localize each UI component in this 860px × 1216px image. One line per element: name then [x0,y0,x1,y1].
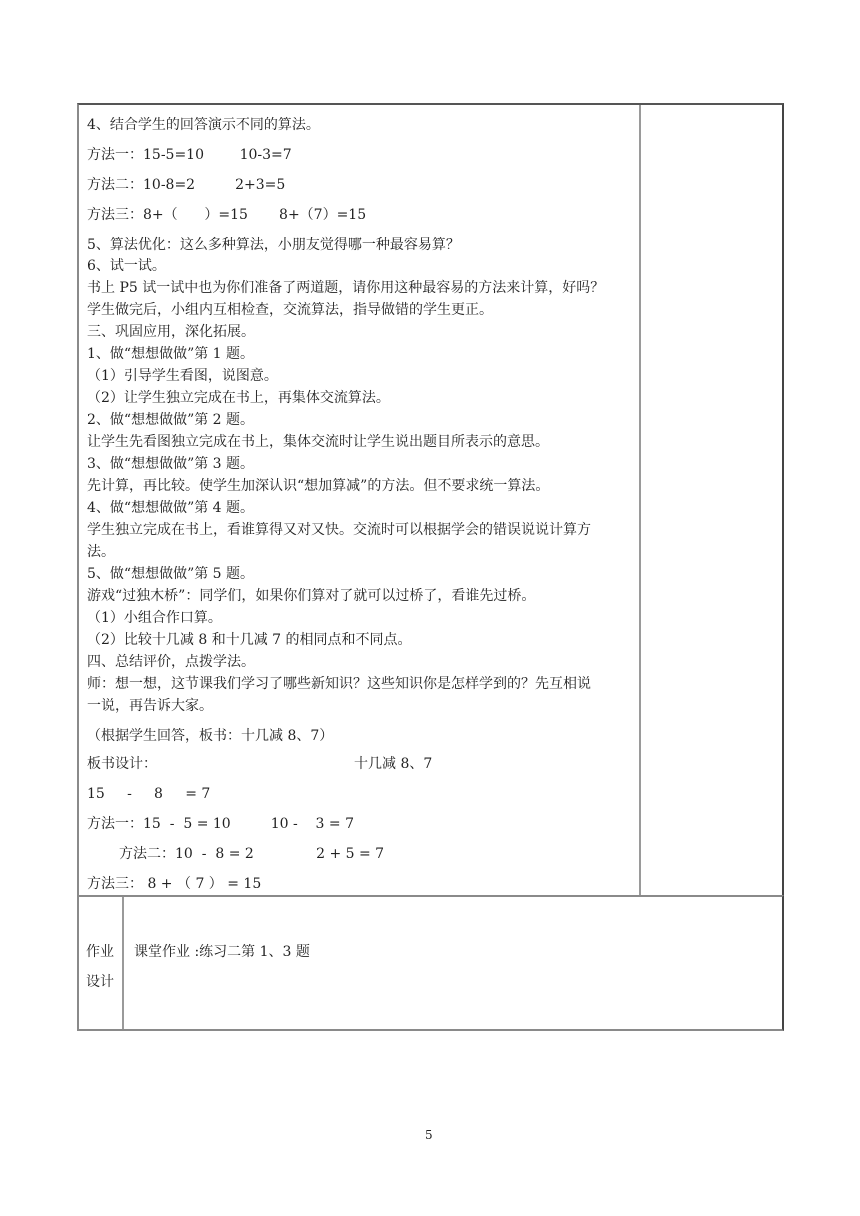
homework-label-cell: 作业 设计 [79,897,124,1029]
lesson-content-row: 板书设计： 十几减 8、7 15 - 8 = 7 方法一：15 - 5 = 10… [77,103,784,895]
lesson-text-line: 四、总结评价，点拨学法。 [87,654,255,670]
homework-label-line2: 设计 [86,974,114,990]
document-page: 板书设计： 十几减 8、7 15 - 8 = 7 方法一：15 - 5 = 10… [0,0,860,1216]
homework-label-line1: 作业 [86,944,114,960]
lesson-text-line: 3、做“想想做做”第 3 题。 [87,456,254,472]
lesson-text-line: （2）让学生独立完成在书上，再集体交流算法。 [87,390,390,406]
lesson-content-cell: 板书设计： 十几减 8、7 15 - 8 = 7 方法一：15 - 5 = 10… [79,105,641,895]
notes-cell [641,105,782,895]
homework-content: 课堂作业 :练习二第 1、3 题 [134,944,310,960]
board-method-2: 方法二：10 - 8 = 2 2 + 5 = 7 [119,846,384,862]
lesson-text-line: （1）小组合作口算。 [87,610,222,626]
board-method-3: 方法三： 8 + （ 7 ） = 15 [87,876,261,892]
lesson-text-line: 让学生先看图独立完成在书上，集体交流时让学生说出题目所表示的意思。 [87,434,549,450]
lesson-text-line: 先计算，再比较。使学生加深认识“想加算减”的方法。但不要求统一算法。 [87,478,549,494]
lesson-text-line: 2、做“想想做做”第 2 题。 [87,412,254,428]
lesson-text-line: 游戏“过独木桥”：同学们，如果你们算对了就可以过桥了，看谁先过桥。 [87,588,535,604]
lesson-text-line: 书上 P5 试一试中也为你们准备了两道题，请你用这种最容易的方法来计算，好吗？ [87,280,604,296]
board-design-title: 十几减 8、7 [354,756,432,772]
lesson-text-line: 一说，再告诉大家。 [87,698,213,714]
lesson-text-line: 学生做完后，小组内互相检查，交流算法，指导做错的学生更正。 [87,302,493,318]
lesson-text-line: 方法三：8+（ ）=15 8+（7）=15 [87,207,366,223]
lesson-text-line: （2）比较十几减 8 和十几减 7 的相同点和不同点。 [87,632,412,648]
page-number: 5 [425,1128,433,1142]
lesson-text-line: 法。 [87,544,115,560]
lesson-text-line: （根据学生回答，板书：十几减 8、7） [87,728,333,744]
lesson-text-line: 5、做“想想做做”第 5 题。 [87,566,254,582]
lesson-text-line: 4、结合学生的回答演示不同的算法。 [87,117,320,133]
board-equation: 15 - 8 = 7 [87,786,210,802]
lesson-text-line: 5、算法优化：这么多种算法，小朋友觉得哪一种最容易算？ [87,237,460,253]
lesson-text-line: 6、试一试。 [87,258,166,274]
homework-row: 作业 设计 课堂作业 :练习二第 1、3 题 [77,895,784,1031]
lesson-text-line: 1、做“想想做做”第 1 题。 [87,346,254,362]
board-method-1: 方法一：15 - 5 = 10 10 - 3 = 7 [87,816,354,832]
lesson-text-line: 学生独立完成在书上，看谁算得又对又快。交流时可以根据学会的错误说说计算方 [87,522,591,538]
lesson-text-line: 三、巩固应用，深化拓展。 [87,324,255,340]
lesson-text-line: （1）引导学生看图，说图意。 [87,368,278,384]
lesson-text-line: 4、做“想想做做”第 4 题。 [87,500,254,516]
board-design-label: 板书设计： [87,756,157,772]
lesson-plan-table: 板书设计： 十几减 8、7 15 - 8 = 7 方法一：15 - 5 = 10… [77,103,784,1031]
lesson-text-line: 师：想一想，这节课我们学习了哪些新知识？这些知识你是怎样学到的？先互相说 [87,676,591,692]
lesson-text-line: 方法一：15-5=10 10-3=7 [87,147,292,163]
lesson-text-line: 方法二：10-8=2 2+3=5 [87,177,285,193]
